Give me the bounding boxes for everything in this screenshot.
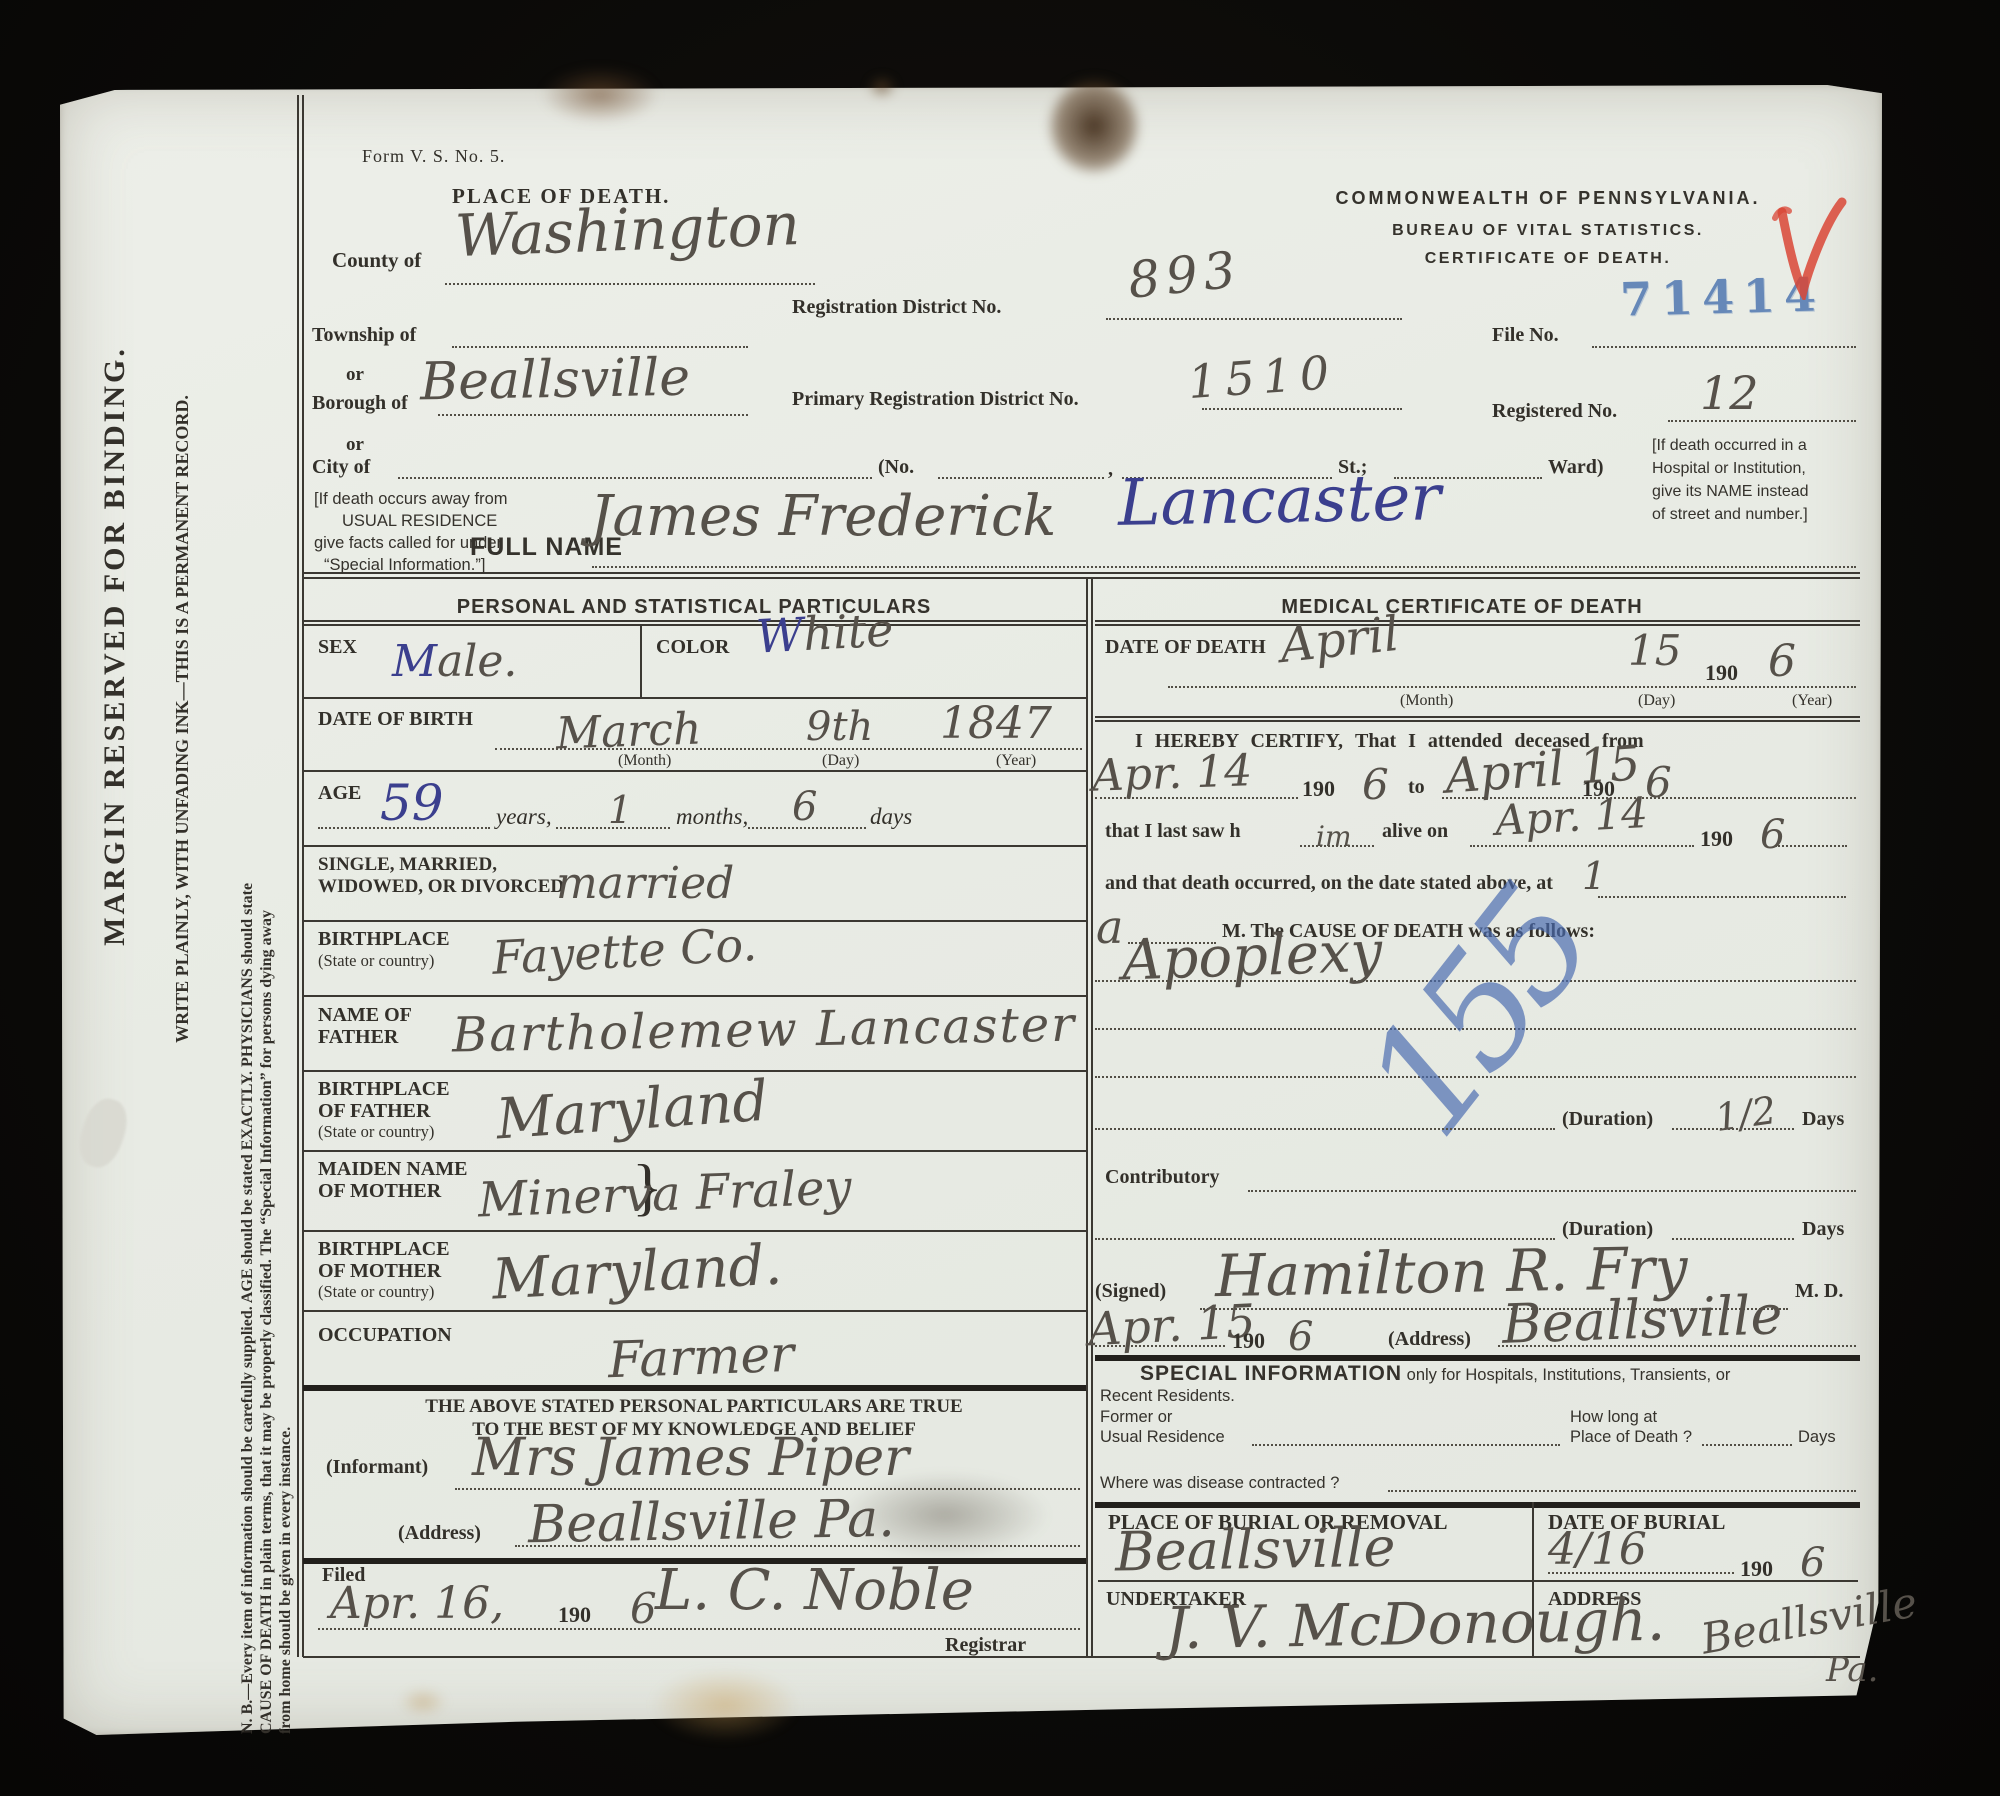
undertaker-address-value-2: Pa. xyxy=(1826,1650,1878,1690)
signed-address-value: Beallsville xyxy=(1501,1283,1783,1356)
hospital-note: [If death occurred in a Hospital or Inst… xyxy=(1652,434,1809,526)
row-line-2 xyxy=(303,770,1086,772)
occupation-label: OCCUPATION xyxy=(318,1324,452,1347)
attended-from-value: Apr. 14 xyxy=(1091,745,1253,802)
red-checkmark-icon xyxy=(1772,196,1850,300)
medical-title-underline-2 xyxy=(1095,624,1860,626)
county-line xyxy=(445,283,815,285)
certificate-heading: CERTIFICATE OF DEATH. xyxy=(1425,250,1672,268)
to-year-digit: 6 xyxy=(1645,758,1672,807)
city-label: City of xyxy=(312,456,370,479)
hospital-note-l4: of street and number.] xyxy=(1652,503,1809,526)
scanned-death-certificate: MARGIN RESERVED FOR BINDING. WRITE PLAIN… xyxy=(0,0,2000,1796)
borough-line xyxy=(438,414,748,416)
registration-district-line xyxy=(1106,318,1402,320)
row-line-7 xyxy=(303,1150,1086,1152)
stain xyxy=(868,76,896,98)
registrar-signature: L. C. Noble xyxy=(655,1558,974,1623)
saw-year-printed: 190 xyxy=(1700,826,1733,852)
form-left-border-inner xyxy=(302,95,304,1657)
father-name-label-1: NAME OF xyxy=(318,1004,412,1027)
former-residence-label-1: Former or xyxy=(1100,1408,1172,1427)
residence-note-l2: USUAL RESIDENCE xyxy=(314,510,508,532)
form-left-border xyxy=(297,95,299,1657)
marital-value: married xyxy=(556,858,734,909)
column-divider-inner xyxy=(1091,577,1093,1657)
township-label: Township of xyxy=(312,324,416,347)
attended-from-line xyxy=(1095,797,1298,799)
registration-district-label: Registration District No. xyxy=(792,296,1001,319)
dob-day-value: 9th xyxy=(806,704,873,750)
dod-line xyxy=(1168,686,1856,688)
form-number: Form V. S. No. 5. xyxy=(362,146,505,167)
md-label: M. D. xyxy=(1795,1280,1843,1303)
stain xyxy=(400,1688,446,1716)
dod-cap-month: (Month) xyxy=(1400,692,1453,710)
age-days-label: days xyxy=(870,804,912,830)
disease-contracted-dots xyxy=(1388,1490,1856,1492)
dod-bottom-line xyxy=(1095,716,1860,718)
or-label-1: or xyxy=(346,364,364,386)
duration2-dots-2 xyxy=(1672,1238,1794,1240)
mother-name-label-2: OF MOTHER xyxy=(318,1180,441,1203)
death-occurred-dots xyxy=(1598,896,1846,898)
occupation-value: Farmer xyxy=(607,1325,795,1389)
marital-label-1: SINGLE, MARRIED, xyxy=(318,854,497,876)
age-months-label: months, xyxy=(676,804,748,830)
how-long-label-1: How long at xyxy=(1570,1408,1657,1427)
former-residence-dots xyxy=(1252,1444,1560,1446)
saw-year-digit: 6 xyxy=(1760,812,1785,858)
informant-label: (Informant) xyxy=(326,1456,428,1479)
city-no-label: (No. xyxy=(878,456,914,479)
dod-bottom-line-2 xyxy=(1095,720,1860,722)
dob-cap-month: (Month) xyxy=(618,752,671,770)
registration-district-value: 893 xyxy=(1125,240,1244,310)
duration1-value: 1/2 xyxy=(1712,1088,1779,1140)
disease-contracted-label: Where was disease contracted ? xyxy=(1100,1474,1339,1493)
from-year-digit: 6 xyxy=(1362,760,1389,809)
personal-title-underline-2 xyxy=(303,624,1086,626)
bureau-heading: BUREAU OF VITAL STATISTICS. xyxy=(1392,222,1704,240)
special-top-rule xyxy=(1095,1355,1860,1361)
stain xyxy=(1048,78,1140,174)
former-residence-label-2: Usual Residence xyxy=(1100,1428,1225,1447)
how-long-days-label: Days xyxy=(1798,1428,1836,1447)
dob-cap-day: (Day) xyxy=(822,752,859,770)
file-no-label: File No. xyxy=(1492,324,1559,347)
contributory-label: Contributory xyxy=(1105,1166,1219,1189)
duration1-days-label: Days xyxy=(1802,1108,1844,1131)
primary-district-label: Primary Registration District No. xyxy=(792,388,1079,411)
from-year-printed: 190 xyxy=(1302,776,1335,802)
stain xyxy=(650,1668,800,1742)
hospital-note-l3: give its NAME instead xyxy=(1652,480,1809,503)
margin-write-plainly-text: WRITE PLAINLY, WITH UNFADING INK—THIS IS… xyxy=(172,330,193,1108)
father-name-value: Bartholemew Lancaster xyxy=(452,997,1077,1064)
ward-label: Ward) xyxy=(1548,456,1604,479)
residence-note-l1: [If death occurs away from xyxy=(314,488,508,510)
margin-nb-text: N. B.—Every item of information should b… xyxy=(238,148,295,1734)
sex-color-divider xyxy=(640,624,642,697)
am-hw-value: a xyxy=(1096,900,1123,954)
sex-label: SEX xyxy=(318,636,357,659)
file-no-line xyxy=(1592,346,1856,348)
father-bp-label-1: BIRTHPLACE xyxy=(318,1078,450,1101)
row-line-5 xyxy=(303,995,1086,997)
age-years-label: years, xyxy=(496,804,552,830)
father-bp-label-2: OF FATHER xyxy=(318,1100,430,1123)
last-saw-dots-2 xyxy=(1470,845,1694,847)
county-value: Washington xyxy=(454,190,801,270)
registered-no-line xyxy=(1668,420,1856,422)
borough-label: Borough of xyxy=(312,392,408,415)
row-line-3 xyxy=(303,845,1086,847)
dod-year-printed: 190 xyxy=(1705,660,1738,686)
last-saw-hw: im xyxy=(1316,820,1352,853)
dob-label: DATE OF BIRTH xyxy=(318,708,473,731)
to-label: to xyxy=(1408,776,1425,799)
age-dots-1 xyxy=(318,827,490,829)
special-info-heading: SPECIAL INFORMATION only for Hospitals, … xyxy=(1140,1362,1730,1386)
fullname-separator xyxy=(303,572,1860,574)
burial-place-value: Beallsville xyxy=(1114,1516,1395,1584)
hospital-note-l1: [If death occurred in a xyxy=(1652,434,1809,457)
registered-no-value: 12 xyxy=(1700,366,1759,420)
residence-note: [If death occurs away from USUAL RESIDEN… xyxy=(314,488,508,576)
registered-no-label: Registered No. xyxy=(1492,400,1617,423)
margin-binding-text: MARGIN RESERVED FOR BINDING. xyxy=(98,340,132,952)
township-line xyxy=(452,346,748,348)
dob-year-value: 1847 xyxy=(940,698,1052,749)
signed-year-digit: 6 xyxy=(1288,1314,1313,1360)
primary-district-value: 1510 xyxy=(1186,345,1338,409)
age-label: AGE xyxy=(318,782,361,805)
last-saw-date: Apr. 14 xyxy=(1494,788,1649,845)
color-value: White xyxy=(755,602,895,663)
father-name-label-2: FATHER xyxy=(318,1026,398,1049)
medical-title-underline xyxy=(1095,620,1860,622)
age-days-value: 6 xyxy=(792,784,817,830)
row-line-9 xyxy=(303,1310,1086,1312)
filed-year-printed: 190 xyxy=(558,1602,591,1628)
birthplace-label: BIRTHPLACE xyxy=(318,928,450,951)
how-long-label-2: Place of Death ? xyxy=(1570,1428,1692,1447)
age-months-value: 1 xyxy=(608,788,632,832)
city-line xyxy=(398,477,872,479)
margin-write-plainly-label: WRITE PLAINLY, WITH UNFADING INK—THIS IS… xyxy=(172,395,192,1043)
registrar-label: Registrar xyxy=(945,1634,1026,1657)
birthplace-sub-label: (State or country) xyxy=(318,951,434,971)
commonwealth-heading: COMMONWEALTH OF PENNSYLVANIA. xyxy=(1336,188,1761,209)
mother-bp-label-1: BIRTHPLACE xyxy=(318,1238,450,1261)
mother-bp-label-2: OF MOTHER xyxy=(318,1260,441,1283)
city-no-line xyxy=(938,477,1104,479)
marital-label-2: WIDOWED, OR DIVORCED xyxy=(318,876,564,898)
special-info-rest-2: Recent Residents. xyxy=(1100,1387,1235,1406)
county-label: County of xyxy=(332,248,421,273)
filed-line xyxy=(318,1628,1080,1630)
signed-year-printed: 190 xyxy=(1232,1328,1265,1354)
father-bp-sub-label: (State or country) xyxy=(318,1122,434,1142)
statement-line-1: THE ABOVE STATED PERSONAL PARTICULARS AR… xyxy=(425,1396,962,1418)
dob-line xyxy=(495,748,1082,750)
margin-binding-label: MARGIN RESERVED FOR BINDING. xyxy=(98,346,131,946)
dod-year-digit: 6 xyxy=(1768,636,1796,687)
margin-nb-line1: N. B.—Every item of information should b… xyxy=(238,148,257,1734)
form-bottom-line xyxy=(303,1656,1860,1658)
burial-date-value: 4/16 xyxy=(1548,1524,1647,1575)
row-line-8 xyxy=(303,1230,1086,1232)
undertaker-value: J. V. McDonough. xyxy=(1164,1586,1665,1663)
last-saw-post: alive on xyxy=(1382,820,1448,843)
burial-underline xyxy=(1098,1580,1858,1582)
dod-cap-day: (Day) xyxy=(1638,692,1675,710)
borough-value: Beallsville xyxy=(419,348,690,413)
informant-value: Mrs James Piper xyxy=(472,1428,909,1488)
duration2-days-label: Days xyxy=(1802,1218,1844,1241)
primary-district-line xyxy=(1202,408,1402,410)
statement-top-rule xyxy=(303,1385,1086,1391)
dod-cap-year: (Year) xyxy=(1792,692,1832,710)
column-divider xyxy=(1086,577,1088,1657)
duration1-dots-1 xyxy=(1095,1128,1555,1130)
margin-nb-line3: from home should be given in every insta… xyxy=(276,148,295,1734)
age-years-value: 59 xyxy=(380,774,444,832)
or-label-2: or xyxy=(346,434,364,456)
mother-name-label-1: MAIDEN NAME xyxy=(318,1158,467,1181)
cause-of-death-value: Apoplexy xyxy=(1121,919,1383,993)
special-info-rest: only for Hospitals, Institutions, Transi… xyxy=(1407,1366,1731,1384)
fullname-separator-inner xyxy=(303,577,1860,579)
last-saw-dots-1 xyxy=(1300,845,1374,847)
full-name-line xyxy=(592,566,1856,568)
how-long-dots xyxy=(1702,1444,1792,1446)
burial-top-rule xyxy=(1095,1502,1860,1508)
personal-title-underline xyxy=(303,620,1086,622)
signed-address-label: (Address) xyxy=(1388,1328,1471,1351)
contributory-dots xyxy=(1248,1190,1856,1192)
filed-year-digit: 6 xyxy=(630,1584,657,1633)
informant-address-value: Beallsville Pa. xyxy=(528,1489,896,1555)
last-saw-dots-3 xyxy=(1775,845,1847,847)
signed-date-line xyxy=(1095,1345,1225,1347)
stain xyxy=(540,66,660,124)
color-label: COLOR xyxy=(656,636,729,659)
sex-value: Male. xyxy=(392,636,517,687)
mother-bp-sub-label: (State or country) xyxy=(318,1282,434,1302)
city-comma: , xyxy=(1108,458,1113,481)
last-saw-pre: that I last saw h xyxy=(1105,820,1241,843)
death-hour-value: 1 xyxy=(1582,854,1606,898)
hospital-note-l2: Hospital or Institution, xyxy=(1652,457,1809,480)
full-name-ink: Lancaster xyxy=(1117,461,1441,541)
informant-address-label: (Address) xyxy=(398,1522,481,1545)
burial-year-printed: 190 xyxy=(1740,1556,1773,1582)
filed-date-value: Apr. 16, xyxy=(330,1578,504,1629)
row-line-6 xyxy=(303,1070,1086,1072)
dod-label: DATE OF DEATH xyxy=(1105,636,1266,659)
special-info-bold: SPECIAL INFORMATION xyxy=(1140,1362,1402,1385)
dob-cap-year: (Year) xyxy=(996,752,1036,770)
dod-day-value: 15 xyxy=(1628,626,1681,675)
duration1-label: (Duration) xyxy=(1562,1108,1653,1131)
full-name-pencil: James Frederick xyxy=(590,484,1056,549)
margin-nb-line2: CAUSE OF DEATH in plain terms, that it m… xyxy=(257,148,276,1734)
